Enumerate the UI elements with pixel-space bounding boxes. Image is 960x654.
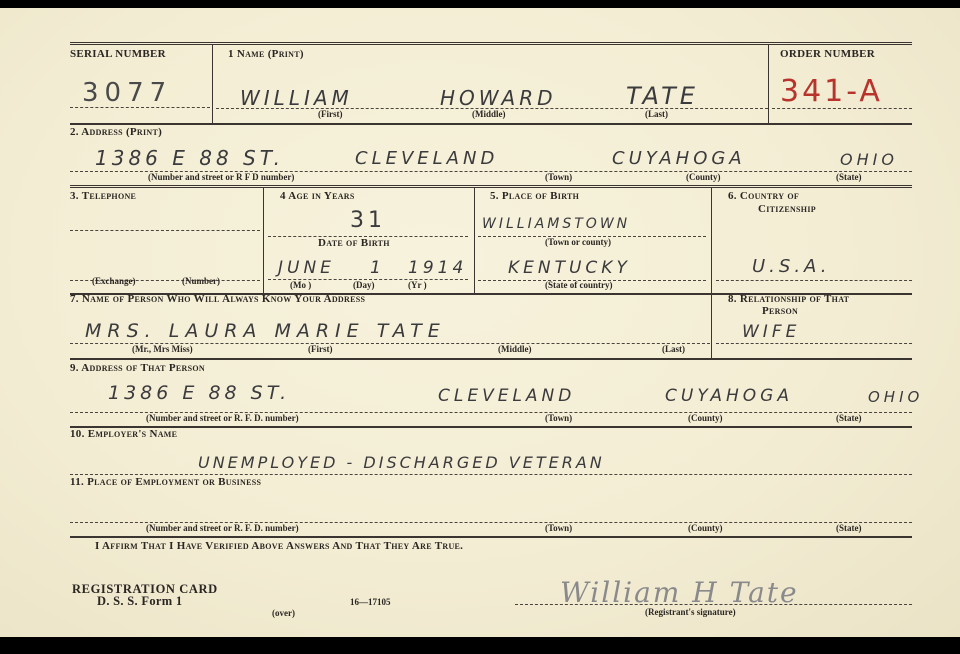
print-code: 16—17105	[350, 597, 391, 607]
name-middle-value: HOWARD	[440, 86, 557, 110]
contact-address-county-value: CUYAHOGA	[665, 386, 793, 406]
serial-divider	[212, 44, 213, 124]
age-divider	[474, 188, 475, 294]
order-number-label: ORDER NUMBER	[780, 48, 875, 60]
registration-card: SERIAL NUMBER 3077 1 Name (Print) WILLIA…	[0, 8, 960, 637]
top-rule	[70, 42, 912, 45]
dob-month-caption: (Mo )	[290, 280, 311, 290]
birthplace-state-caption: (State of country)	[545, 280, 612, 290]
telephone-number-caption: (Number)	[182, 276, 220, 286]
row2-rule	[70, 185, 912, 188]
name-last-value: TATE	[626, 82, 699, 110]
employer-line	[70, 474, 912, 475]
address-town-value: CLEVELAND	[355, 148, 498, 169]
contact-address-town-caption: (Town)	[545, 413, 572, 423]
employer-value: UNEMPLOYED - DISCHARGED VETERAN	[198, 453, 605, 472]
citizenship-value: U.S.A.	[752, 256, 830, 277]
employment-place-county-caption: (County)	[688, 523, 723, 533]
address-street-caption: (Number and street or R F D number)	[148, 172, 294, 182]
contact-address-town-value: CLEVELAND	[438, 386, 575, 406]
dob-day-caption: (Day)	[353, 280, 375, 290]
form-number: D. S. S. Form 1	[97, 594, 182, 609]
dob-month-value: JUNE	[278, 258, 335, 278]
dob-day-value: 1	[370, 258, 385, 278]
affirmation-text: I Affirm That I Have Verified Above Answ…	[95, 540, 463, 552]
contact-label: 7. Name of Person Who Will Always Know Y…	[70, 293, 365, 305]
address-town-caption: (Town)	[545, 172, 572, 182]
row5-rule	[70, 426, 912, 428]
birthplace-town-value: WILLIAMSTOWN	[482, 216, 630, 232]
contact-address-state-value: OHIO	[868, 388, 923, 406]
relationship-label-1: 8. Relationship of That	[728, 293, 849, 305]
address-label: 2. Address (Print)	[70, 126, 162, 138]
row6-rule	[70, 536, 912, 538]
telephone-exchange-caption: (Exchange)	[92, 276, 136, 286]
age-value: 31	[350, 208, 386, 233]
contact-middle-caption: (Middle)	[498, 344, 532, 354]
contact-address-county-caption: (County)	[688, 413, 723, 423]
contact-address-street-value: 1386 E 88 ST.	[108, 382, 290, 404]
contact-first-caption: (First)	[308, 344, 333, 354]
row4-rule	[70, 358, 912, 360]
citizenship-label-2: Citizenship	[758, 203, 816, 215]
telephone-line-1	[70, 230, 260, 231]
signature-line	[515, 604, 912, 605]
relationship-line	[716, 343, 912, 344]
employment-place-label: 11. Place of Employment or Business	[70, 476, 261, 488]
dob-year-caption: (Yr )	[408, 280, 427, 290]
contact-address-state-caption: (State)	[836, 413, 862, 423]
serial-number-label: SERIAL NUMBER	[70, 48, 166, 60]
birthplace-divider	[711, 188, 712, 294]
birthplace-town-caption: (Town or county)	[545, 237, 611, 247]
employer-label: 10. Employer's Name	[70, 428, 177, 440]
citizenship-line	[716, 280, 912, 281]
contact-value: MRS. LAURA MARIE TATE	[85, 320, 446, 342]
address-county-value: CUYAHOGA	[612, 148, 746, 169]
relationship-label-2: Person	[762, 305, 798, 317]
relationship-divider	[711, 294, 712, 358]
name-middle-caption: (Middle)	[472, 109, 506, 119]
name-last-caption: (Last)	[645, 109, 668, 119]
order-divider	[768, 44, 769, 124]
address-county-caption: (County)	[686, 172, 721, 182]
name-label: 1 Name (Print)	[228, 48, 304, 60]
address-street-value: 1386 E 88 ST.	[95, 146, 284, 170]
age-label: 4 Age in Years	[280, 190, 355, 202]
contact-address-street-caption: (Number and street or R. F. D. number)	[146, 413, 299, 423]
contact-address-label: 9. Address of That Person	[70, 362, 205, 374]
telephone-label: 3. Telephone	[70, 190, 136, 202]
name-first-caption: (First)	[318, 109, 343, 119]
serial-number-line	[70, 107, 210, 108]
address-state-value: OHIO	[840, 150, 898, 169]
employment-place-state-caption: (State)	[836, 523, 862, 533]
dob-label: Date of Birth	[318, 237, 390, 249]
birthplace-state-value: KENTUCKY	[508, 258, 631, 278]
order-number-line	[772, 108, 912, 109]
address-state-caption: (State)	[836, 172, 862, 182]
order-number-value: 341-A	[780, 74, 883, 109]
relationship-value: WIFE	[742, 322, 800, 342]
employment-place-street-caption: (Number and street or R. F. D. number)	[146, 523, 299, 533]
over-note: (over)	[272, 608, 295, 618]
serial-number-value: 3077	[82, 78, 172, 108]
employment-place-town-caption: (Town)	[545, 523, 572, 533]
dob-year-value: 1914	[408, 258, 467, 278]
contact-title-caption: (Mr., Mrs Miss)	[132, 344, 193, 354]
citizenship-label-1: 6. Country of	[728, 190, 799, 202]
signature-caption: (Registrant's signature)	[645, 607, 736, 617]
birthplace-label: 5. Place of Birth	[490, 190, 579, 202]
contact-last-caption: (Last)	[662, 344, 685, 354]
name-first-value: WILLIAM	[240, 86, 353, 110]
row1-rule	[70, 123, 912, 125]
telephone-divider	[263, 188, 264, 294]
